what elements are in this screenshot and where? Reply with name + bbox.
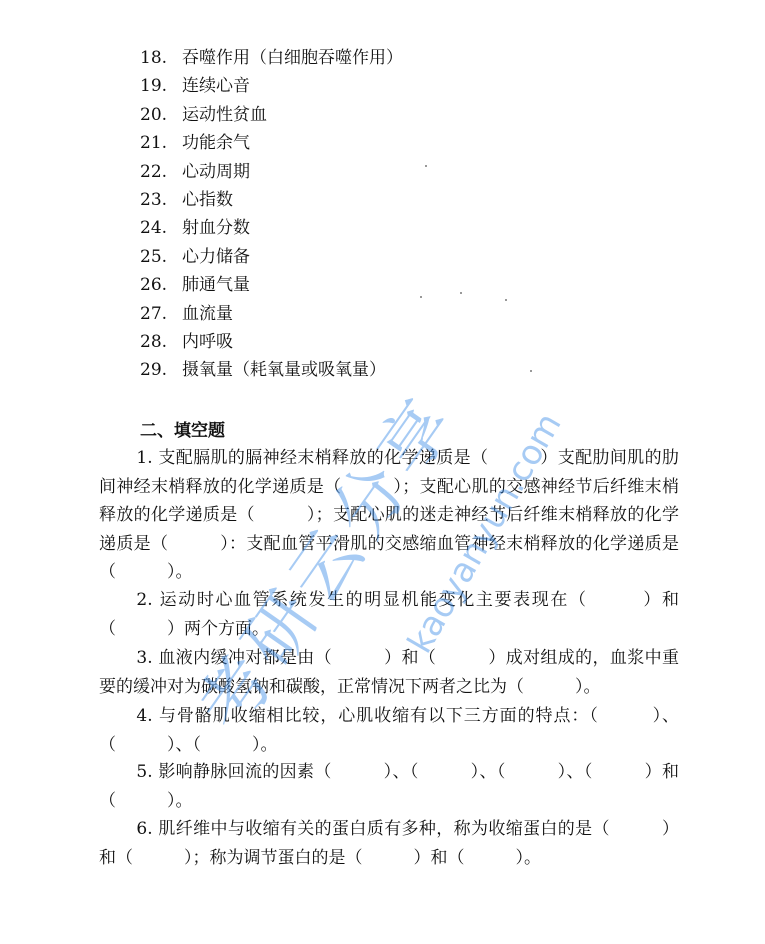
section-title: 二、填空题 (140, 416, 225, 441)
item-number: 20. (140, 101, 182, 129)
scan-speck (530, 370, 532, 372)
definition-item: 27.血流量 (140, 300, 403, 328)
item-term: 摄氧量（耗氧量或吸氧量） (182, 360, 386, 380)
item-term: 连续心音 (182, 76, 250, 96)
item-number: 24. (140, 214, 182, 242)
item-number: 27. (140, 300, 182, 328)
item-term: 运动性贫血 (182, 105, 267, 125)
definition-item: 25.心力储备 (140, 243, 403, 271)
item-number: 29. (140, 356, 182, 384)
item-term: 心动周期 (182, 162, 250, 182)
definition-item: 24.射血分数 (140, 214, 403, 242)
item-number: 25. (140, 243, 182, 271)
definition-item: 18.吞噬作用（白细胞吞噬作用） (140, 44, 403, 72)
scan-speck (425, 165, 427, 167)
item-term: 心力储备 (182, 247, 250, 267)
item-number: 18. (140, 44, 182, 72)
item-term: 血流量 (182, 304, 233, 324)
item-number: 26. (140, 271, 182, 299)
item-term: 射血分数 (182, 218, 250, 238)
question-3: 3. 血液内缓冲对都是由（ ）和（ ）成对组成的，血浆中重要的缓冲对为碳酸氢钠和… (99, 644, 679, 701)
item-number: 28. (140, 328, 182, 356)
item-term: 肺通气量 (182, 275, 250, 295)
definition-item: 23.心指数 (140, 186, 403, 214)
scan-speck (505, 299, 507, 301)
question-6: 6. 肌纤维中与收缩有关的蛋白质有多种，称为收缩蛋白的是（ ）和（ ）；称为调节… (99, 815, 679, 872)
definition-item: 29.摄氧量（耗氧量或吸氧量） (140, 356, 403, 384)
scan-speck (460, 292, 462, 294)
item-number: 22. (140, 158, 182, 186)
item-number: 23. (140, 186, 182, 214)
item-term: 功能余气 (182, 133, 250, 153)
question-2: 2. 运动时心血管系统发生的明显机能变化主要表现在（ ）和（ ）两个方面。 (99, 586, 679, 643)
definition-item: 22.心动周期 (140, 158, 403, 186)
definition-item: 19.连续心音 (140, 72, 403, 100)
definition-item: 20.运动性贫血 (140, 101, 403, 129)
item-number: 19. (140, 72, 182, 100)
item-number: 21. (140, 129, 182, 157)
document-page: 18.吞噬作用（白细胞吞噬作用） 19.连续心音 20.运动性贫血 21.功能余… (0, 0, 765, 944)
item-term: 吞噬作用（白细胞吞噬作用） (182, 48, 403, 68)
definition-list: 18.吞噬作用（白细胞吞噬作用） 19.连续心音 20.运动性贫血 21.功能余… (140, 44, 403, 385)
item-term: 心指数 (182, 190, 233, 210)
question-5: 5. 影响静脉回流的因素（ ）、（ ）、（ ）、（ ）和（ ）。 (99, 758, 679, 815)
item-term: 内呼吸 (182, 332, 233, 352)
definition-item: 26.肺通气量 (140, 271, 403, 299)
scan-speck (420, 296, 422, 298)
question-4: 4. 与骨骼肌收缩相比较，心肌收缩有以下三方面的特点：（ ）、（ ）、（ ）。 (99, 702, 679, 759)
definition-item: 21.功能余气 (140, 129, 403, 157)
question-1: 1. 支配膈肌的膈神经末梢释放的化学递质是（ ）支配肋间肌的肋间神经末梢释放的化… (99, 444, 679, 587)
definition-item: 28.内呼吸 (140, 328, 403, 356)
